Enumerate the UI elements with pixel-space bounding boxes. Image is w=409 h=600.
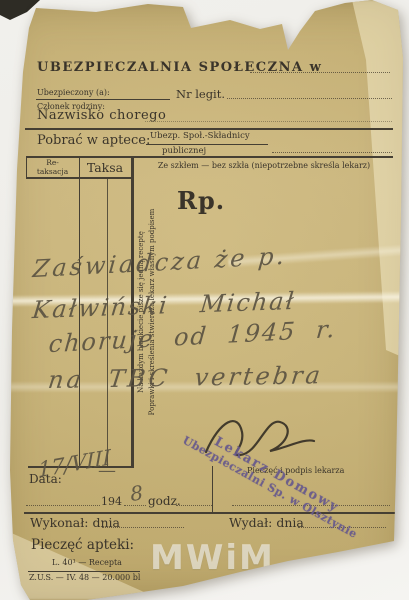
rule-line (36, 99, 170, 100)
scanned-document-photo: UBEZPIECZALNIA SPOŁECZNA w Ubezpieczony … (0, 0, 409, 600)
rule-line (28, 571, 140, 572)
dotted-line (26, 505, 100, 506)
pharmacy-box-line1: Ubezp. Społ.-Składnicy (150, 131, 250, 141)
dotted-line (250, 72, 390, 73)
retax-line2: taksacja (37, 167, 68, 176)
rule-line (146, 144, 268, 145)
year-prefix: 194 (101, 495, 122, 508)
rule-line (25, 128, 393, 130)
footer-line1: L. 40¹ — Recepta (52, 558, 122, 567)
pharmacy-seal-label: Pieczęć apteki: (31, 537, 134, 553)
rp-symbol: Rp. (177, 186, 225, 215)
dotted-line (272, 152, 392, 153)
insured-label: Ubezpieczony (a): (37, 88, 110, 97)
handwritten-note-line4: na TBC vertebra (47, 361, 325, 394)
prescription-form-paper: UBEZPIECZALNIA SPOŁECZNA w Ubezpieczony … (0, 0, 409, 600)
legitimation-no-label: Nr legit. (176, 87, 225, 101)
dotted-line (176, 505, 212, 506)
retax-column-header: Re- taksacja (26, 159, 79, 176)
glass-note: Ze szkłem — bez szkła (niepotrzebne skre… (136, 161, 392, 170)
table-vertical-rule (107, 177, 108, 467)
issued-label: Wydał: dnia (229, 515, 304, 530)
handwritten-note-line1: Zaświadcza że p. (32, 242, 289, 283)
dotted-line (227, 98, 392, 99)
pharmacy-box-line2: publicznej (162, 146, 206, 156)
section-divider-rule (212, 466, 213, 513)
collect-at-pharmacy-label: Pobrać w aptece: (37, 133, 150, 148)
paper-shadow-wrap: UBEZPIECZALNIA SPOŁECZNA w Ubezpieczony … (0, 0, 409, 600)
dotted-line (102, 527, 184, 528)
footer-line2: Z.U.S. — IV. 48 — 20.000 bl (29, 573, 140, 582)
handwritten-dash: — (98, 460, 116, 481)
watermark: MWiM (150, 538, 275, 578)
table-top-rule (26, 156, 393, 158)
taksa-column-header: Taksa (79, 160, 131, 175)
dotted-line (145, 121, 392, 122)
handwritten-year-digit: 8 (129, 481, 144, 506)
